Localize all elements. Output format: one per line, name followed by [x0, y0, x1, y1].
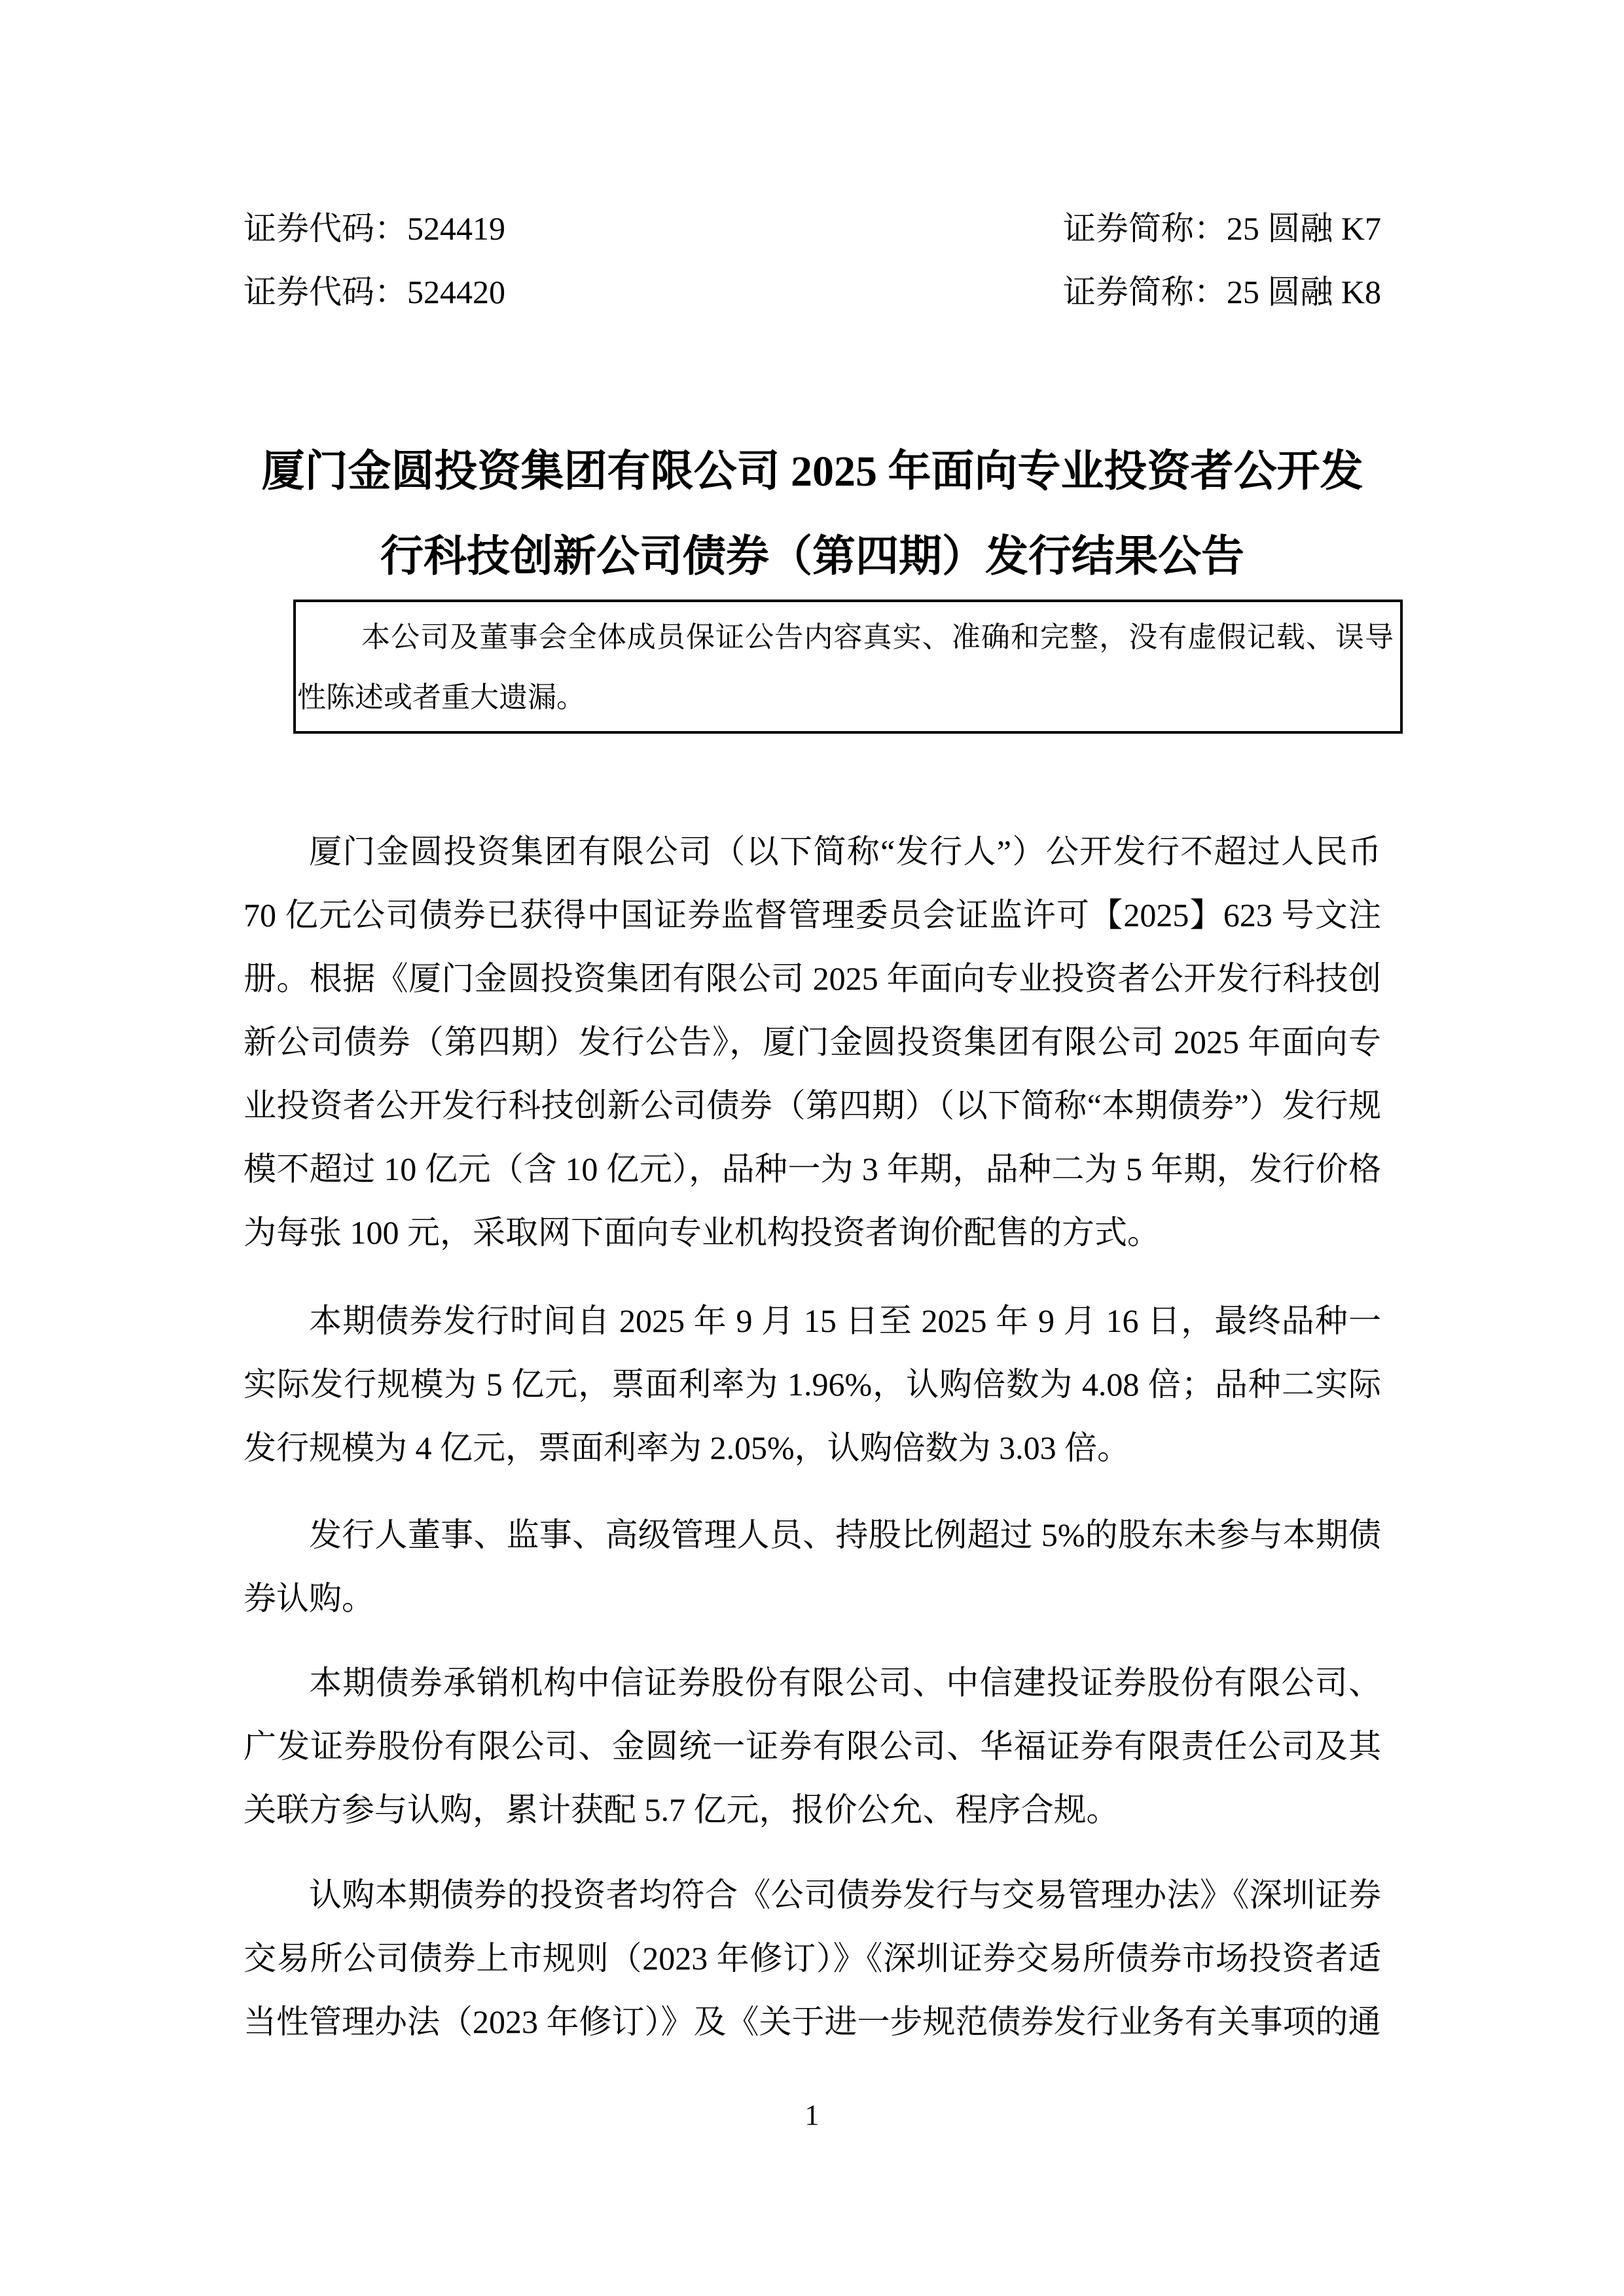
body-paragraph: 厦门金圆投资集团有限公司（以下简称“发行人”）公开发行不超过人民币 70 亿元公…	[244, 820, 1381, 1265]
document-title-line2: 行科技创新公司债券（第四期）发行结果公告	[244, 514, 1381, 600]
security-code-text: 证券代码：524419	[244, 197, 505, 260]
document-title-line1: 厦门金圆投资集团有限公司 2025 年面向专业投资者公开发	[244, 429, 1381, 514]
notice-box: 本公司及董事会全体成员保证公告内容真实、准确和完整，没有虚假记载、误导性陈述或者…	[293, 600, 1403, 734]
body-paragraph: 认购本期债券的投资者均符合《公司债券发行与交易管理办法》《深圳证券交易所公司债券…	[244, 1863, 1381, 2054]
body-paragraph: 发行人董事、监事、高级管理人员、持股比例超过 5%的股东未参与本期债券认购。	[244, 1503, 1381, 1630]
body-paragraph: 本期债券发行时间自 2025 年 9 月 15 日至 2025 年 9 月 16…	[244, 1289, 1381, 1480]
document-title: 厦门金圆投资集团有限公司 2025 年面向专业投资者公开发 行科技创新公司债券（…	[244, 429, 1381, 600]
header-row: 证券代码：524419 证券简称：25 圆融 K7	[244, 197, 1381, 260]
body-paragraph: 本期债券承销机构中信证券股份有限公司、中信建投证券股份有限公司、广发证券股份有限…	[244, 1651, 1381, 1842]
security-abbr-text: 证券简称：25 圆融 K7	[1063, 197, 1381, 260]
document-page: 证券代码：524419 证券简称：25 圆融 K7 证券代码：524420 证券…	[0, 0, 1624, 2296]
document-header: 证券代码：524419 证券简称：25 圆融 K7 证券代码：524420 证券…	[244, 197, 1381, 324]
page-number: 1	[0, 2096, 1624, 2135]
document-body: 厦门金圆投资集团有限公司（以下简称“发行人”）公开发行不超过人民币 70 亿元公…	[244, 820, 1381, 2054]
security-code-text: 证券代码：524420	[244, 260, 505, 324]
header-row: 证券代码：524420 证券简称：25 圆融 K8	[244, 260, 1381, 324]
security-abbr-text: 证券简称：25 圆融 K8	[1063, 260, 1381, 324]
notice-text: 本公司及董事会全体成员保证公告内容真实、准确和完整，没有虚假记载、误导性陈述或者…	[297, 607, 1394, 728]
